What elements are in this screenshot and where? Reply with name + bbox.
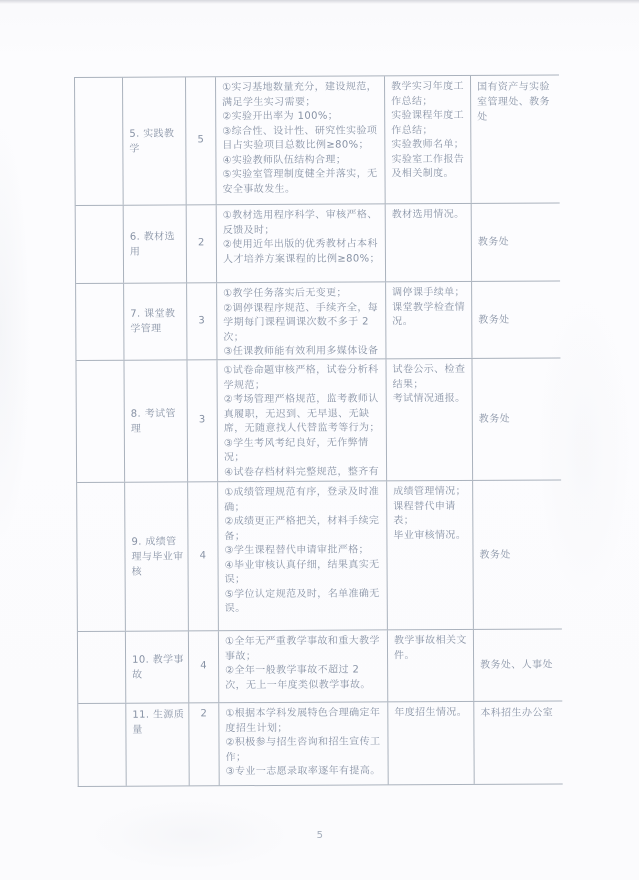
score-value: 2 <box>198 237 205 252</box>
criteria-item: ④试卷存档材料完整规范，整齐有序。 <box>224 465 382 481</box>
score-cell: 4 <box>189 631 219 702</box>
department-cell: 教务处 <box>472 281 560 357</box>
criteria-item: ①全年无严重教学事故和重大教学事故； <box>225 634 383 664</box>
scanned-page: 5. 实践教学5①实习基地数量充分，建设规范，满足学生实习需要；②实验开出率为 … <box>0 0 639 880</box>
score-cell: 3 <box>187 360 218 481</box>
basis-item: 考试情况通报。 <box>393 392 468 407</box>
criteria-item: ①根据本学科发展特色合理确定年度招生计划； <box>225 706 383 736</box>
criteria-item: ①教学任务落实后无变更； <box>223 286 381 301</box>
score-cell: 2 <box>187 205 217 282</box>
basis-item: 实验教师名单； <box>391 138 466 153</box>
category-label: 7. 课堂教学管理 <box>130 306 183 336</box>
basis-cell: 教学事故相关文件。 <box>388 630 474 701</box>
department-cell: 教务处 <box>472 358 561 479</box>
basis-cell: 成绩管理情况；课程替代申请表；毕业审核情况。 <box>387 481 474 629</box>
score-value: 4 <box>200 549 207 564</box>
basis-cell: 试卷公示、检查结果；考试情况通报。 <box>386 359 473 480</box>
criteria-cell: ①教材选用程序科学、审核严格、反馈及时；②使用近年出版的优秀教材占本科人才培养方… <box>217 204 386 282</box>
criteria-cell: ①成绩管理规范有序，登录及时准确；②成绩更正严格把关，材料手续完备；③学生课程替… <box>218 481 388 630</box>
score-value: 3 <box>198 314 205 329</box>
basis-item: 实验室工作报告及相关制度。 <box>391 152 466 181</box>
department-label: 教务处 <box>478 234 556 249</box>
basis-item: 实验课程年度工作总结； <box>391 109 466 138</box>
score-value: 2 <box>200 707 207 722</box>
category-cell: 7. 课堂教学管理 <box>124 283 187 359</box>
evaluation-table: 5. 实践教学5①实习基地数量充分，建设规范，满足学生实习需要；②实验开出率为 … <box>74 74 563 787</box>
criteria-item: ②积极参与招生咨询和招生宣传工作； <box>225 735 383 765</box>
basis-cell: 年度招生情况。 <box>388 702 474 784</box>
basis-item: 试卷公示、检查结果； <box>393 363 468 392</box>
basis-item: 成绩管理情况； <box>393 485 468 500</box>
department-label: 本科招生办公室 <box>480 705 558 720</box>
basis-item: 年度招生情况。 <box>394 706 469 721</box>
table-row: 7. 课堂教学管理3①教学任务落实后无变更；②调停课程序规范、手续齐全，每学期每… <box>76 280 560 360</box>
first-level-indicator-cell <box>76 361 125 482</box>
basis-cell: 教学实习年度工作总结；实验课程年度工作总结；实验教师名单；实验室工作报告及相关制… <box>385 76 472 203</box>
criteria-item: ③学生课程替代申请审批严格； <box>224 543 382 558</box>
category-cell: 11. 生源质量 <box>126 703 189 785</box>
department-cell: 教务处、人事处 <box>474 629 562 700</box>
score-cell: 3 <box>187 283 217 359</box>
department-label: 教务处、人事处 <box>480 657 558 672</box>
criteria-cell: ①教学任务落实后无变更；②调停课程序规范、手续齐全，每学期每门课程调课次数不多于… <box>217 282 386 359</box>
criteria-item: ②实验开出率为 100%； <box>222 109 380 124</box>
first-level-indicator-cell <box>78 632 126 703</box>
department-label: 教务处 <box>479 547 557 562</box>
department-label: 教务处 <box>478 312 556 327</box>
table-row: 9. 成绩管理与毕业审核4①成绩管理规范有序，登录及时准确；②成绩更正严格把关，… <box>77 479 562 631</box>
basis-item: 调停课手续单； <box>392 286 467 301</box>
category-cell: 5. 实践教学 <box>123 77 187 204</box>
criteria-item: ⑤实验室管理制度健全并落实，无安全事故发生。 <box>222 167 380 197</box>
category-cell: 9. 成绩管理与毕业审核 <box>125 482 189 630</box>
score-cell: 2 <box>189 703 219 785</box>
category-label: 6. 教材选用 <box>130 229 183 259</box>
score-cell: 4 <box>188 482 219 630</box>
criteria-item: ③学生考风考纪良好，无作弊情况； <box>224 436 382 466</box>
category-cell: 10. 教学事故 <box>126 631 189 702</box>
category-label: 10. 教学事故 <box>132 652 185 682</box>
criteria-item: ②全年一般教学事故不超过 2 次，无上一年度类似教学事故。 <box>225 663 383 693</box>
criteria-item: ③综合性、设计性、研究性实验项目占实验项目总数比例≥80%； <box>222 124 380 154</box>
table-row: 8. 考试管理3①试卷命题审核严格，试卷分析科学规范；②考场管理严格规范，监考教… <box>76 357 561 482</box>
criteria-item: ④实验教师队伍结构合理； <box>222 153 380 168</box>
basis-item: 教学事故相关文件。 <box>394 634 469 663</box>
category-label: 5. 实践教学 <box>129 126 182 156</box>
criteria-item: ⑤学位认定规范及时，名单准确无误。 <box>225 587 383 617</box>
criteria-item: ①成绩管理规范有序，登录及时准确； <box>224 485 382 515</box>
criteria-item: ①试卷命题审核严格，试卷分析科学规范； <box>224 363 382 393</box>
first-level-indicator-cell <box>78 704 126 786</box>
criteria-item: ③任课教师能有效利用多媒体设备开展教学活动。 <box>223 344 381 359</box>
basis-item: 课堂教学检查情况。 <box>392 300 467 329</box>
first-level-indicator-cell <box>76 206 124 283</box>
basis-cell: 教材选用情况。 <box>386 204 472 281</box>
table-row: 5. 实践教学5①实习基地数量充分，建设规范，满足学生实习需要；②实验开出率为 … <box>75 74 560 205</box>
first-level-indicator-cell <box>75 78 124 205</box>
table-row: 11. 生源质量2①根据本学科发展特色合理确定年度招生计划；②积极参与招生咨询和… <box>78 700 562 786</box>
department-cell: 国有资产与实验室管理处、教务处 <box>471 75 560 202</box>
criteria-cell: ①实习基地数量充分，建设规范，满足学生实习需要；②实验开出率为 100%；③综合… <box>216 76 386 204</box>
department-cell: 教务处 <box>473 480 562 628</box>
criteria-item: ②成绩更正严格把关，材料手续完备； <box>224 514 382 544</box>
score-value: 3 <box>199 414 206 429</box>
department-label: 教务处 <box>479 411 557 426</box>
criteria-item: ②考场管理严格规范，监考教师认真履职，无迟到、无早退、无缺席，无随意找人代替监考… <box>224 392 382 436</box>
table-row: 6. 教材选用2①教材选用程序科学、审核严格、反馈及时；②使用近年出版的优秀教材… <box>76 202 560 283</box>
department-cell: 教务处 <box>472 203 560 280</box>
criteria-item: ①教材选用程序科学、审核严格、反馈及时； <box>223 208 381 238</box>
score-value: 5 <box>197 134 204 149</box>
criteria-cell: ①试卷命题审核严格，试卷分析科学规范；②考场管理严格规范，监考教师认真履职，无迟… <box>217 359 387 481</box>
criteria-item: ②调停课程序规范、手续齐全，每学期每门课程调课次数不多于 2 次； <box>223 301 381 345</box>
basis-item: 教学实习年度工作总结； <box>391 80 466 109</box>
criteria-item: ①实习基地数量充分，建设规范，满足学生实习需要； <box>222 80 380 110</box>
first-level-indicator-cell <box>76 284 124 360</box>
criteria-item: ②使用近年出版的优秀教材占本科人才培养方案课程的比例≥80%； <box>223 237 381 267</box>
basis-item: 课程替代申请表； <box>393 499 468 528</box>
category-label: 9. 成绩管理与毕业审核 <box>131 534 184 579</box>
category-label: 8. 考试管理 <box>131 406 184 436</box>
department-cell: 本科招生办公室 <box>474 701 562 783</box>
criteria-cell: ①全年无严重教学事故和重大教学事故；②全年一般教学事故不超过 2 次，无上一年度… <box>219 630 388 702</box>
score-value: 4 <box>200 660 207 675</box>
category-label: 11. 生源质量 <box>132 707 185 737</box>
criteria-item: ③专业一志愿录取率逐年有提高。 <box>226 764 384 779</box>
first-level-indicator-cell <box>77 483 126 631</box>
criteria-cell: ①根据本学科发展特色合理确定年度招生计划；②积极参与招生咨询和招生宣传工作；③专… <box>219 702 388 785</box>
score-cell: 5 <box>186 77 217 204</box>
criteria-item: ④毕业审核认真仔细，结果真实无误； <box>225 558 383 588</box>
basis-item: 毕业审核情况。 <box>393 528 468 543</box>
category-cell: 6. 教材选用 <box>124 205 187 282</box>
basis-cell: 调停课手续单；课堂教学检查情况。 <box>386 282 472 358</box>
page-number: 5 <box>308 830 332 841</box>
basis-item: 教材选用情况。 <box>392 208 467 223</box>
category-cell: 8. 考试管理 <box>124 360 188 481</box>
scan-tilt-wrapper: 5. 实践教学5①实习基地数量充分，建设规范，满足学生实习需要；②实验开出率为 … <box>0 0 639 880</box>
table-row: 10. 教学事故4①全年无严重教学事故和重大教学事故；②全年一般教学事故不超过 … <box>78 628 562 703</box>
department-label: 国有资产与实验室管理处、教务处 <box>477 79 555 124</box>
